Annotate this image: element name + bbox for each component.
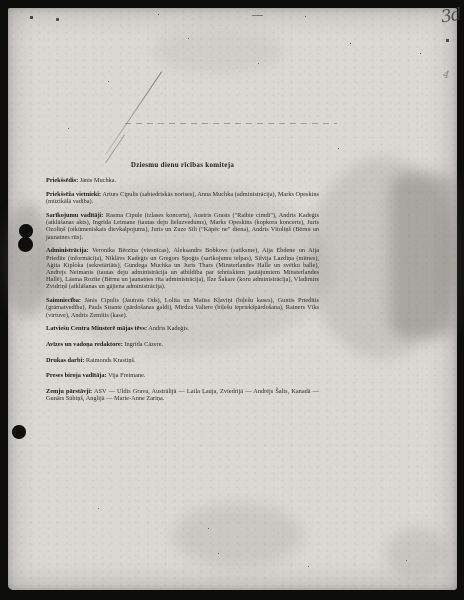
paragraph-vietnieki: Priekšsēža vietnieki: Arturs Cipulis (sa… (46, 191, 319, 205)
toner-specks (8, 8, 9, 9)
section-label: Latviešu Centra Minsterē mājas tēvs: (46, 325, 147, 332)
scan-canvas: { "colors": { "frame": "#0d0d0c", "paper… (0, 0, 464, 600)
crease-line-horizontal (125, 123, 337, 124)
paragraph-majas-tevs: Latviešu Centra Minsterē mājas tēvs: And… (46, 325, 319, 332)
section-text: Andris Kadeģis. (147, 325, 189, 332)
paragraph-drukas-darbi: Drukas darbi: Raimonds Krastiņš. (46, 357, 319, 364)
section-label: Administrācija: (46, 247, 89, 254)
pencil-mark: 4 (442, 70, 450, 82)
section-text: Jānis Muchka. (78, 177, 116, 184)
paragraph-priekssedis: Priekšsēdis: Jānis Muchka. (46, 177, 319, 184)
smudge-right-soft (308, 158, 458, 358)
section-label: Sarīkojumu vadītāji: (46, 212, 103, 219)
section-text: Veronika Bērziņa (viesnīcas), Aleksandrs… (46, 247, 319, 290)
section-text: Raimonds Krastiņš. (84, 357, 135, 364)
section-text: Vija Freimane. (107, 372, 146, 379)
section-label: Priekšsēdis: (46, 177, 78, 184)
section-label: Zemju pārstāvji: (46, 388, 92, 395)
section-label: Saimniecība: (46, 297, 81, 304)
scanned-page: 3d 4 Dziesmu dienu rīcības komiteja Prie… (8, 8, 457, 590)
smudge-top (153, 30, 283, 72)
paragraph-administracija: Administrācija: Veronika Bērziņa (viesnī… (46, 247, 319, 290)
paragraph-sarikojumu-vaditaji: Sarīkojumu vadītāji: Rasma Cipule (izlas… (46, 212, 319, 241)
ink-dot (18, 237, 33, 252)
section-label: Avīzes un vadoņa redaktore: (46, 341, 123, 348)
smudge-right-band (390, 173, 456, 338)
document-text-block: Dziesmu dienu rīcības komiteja Priekšsēd… (46, 161, 319, 409)
section-label: Preses biroja vadītāja: (46, 372, 107, 379)
paragraph-saimnieciba: Saimniecība: Jānis Cipulis (Jautrais Ods… (46, 297, 319, 318)
ink-dot (12, 425, 26, 439)
paragraph-preses-birojs: Preses biroja vadītāja: Vija Freimane. (46, 372, 319, 379)
document-title: Dziesmu dienu rīcības komiteja (46, 161, 319, 169)
smudge-left-margin (4, 203, 52, 318)
handwritten-page-number: 3d (440, 5, 463, 28)
paragraph-redaktore: Avīzes un vadoņa redaktore: Ingrīda Cāze… (46, 341, 319, 348)
paragraph-zemju-parstavji: Zemju pārstāvji: ASV — Uldis Grava, Aust… (46, 388, 319, 402)
section-text: Ingrīda Cāzere. (123, 341, 163, 348)
ink-dot (19, 224, 33, 238)
top-dash-mark (252, 15, 263, 16)
section-label: Priekšsēža vietnieki: (46, 191, 101, 198)
smudge-bottom-right (386, 528, 448, 580)
section-text: Jānis Cipulis (Jautrais Ods), Lolita un … (46, 297, 319, 318)
crease-line-diagonal (105, 71, 162, 154)
section-label: Drukas darbi: (46, 357, 84, 364)
smudge-bottom-center (173, 503, 303, 568)
